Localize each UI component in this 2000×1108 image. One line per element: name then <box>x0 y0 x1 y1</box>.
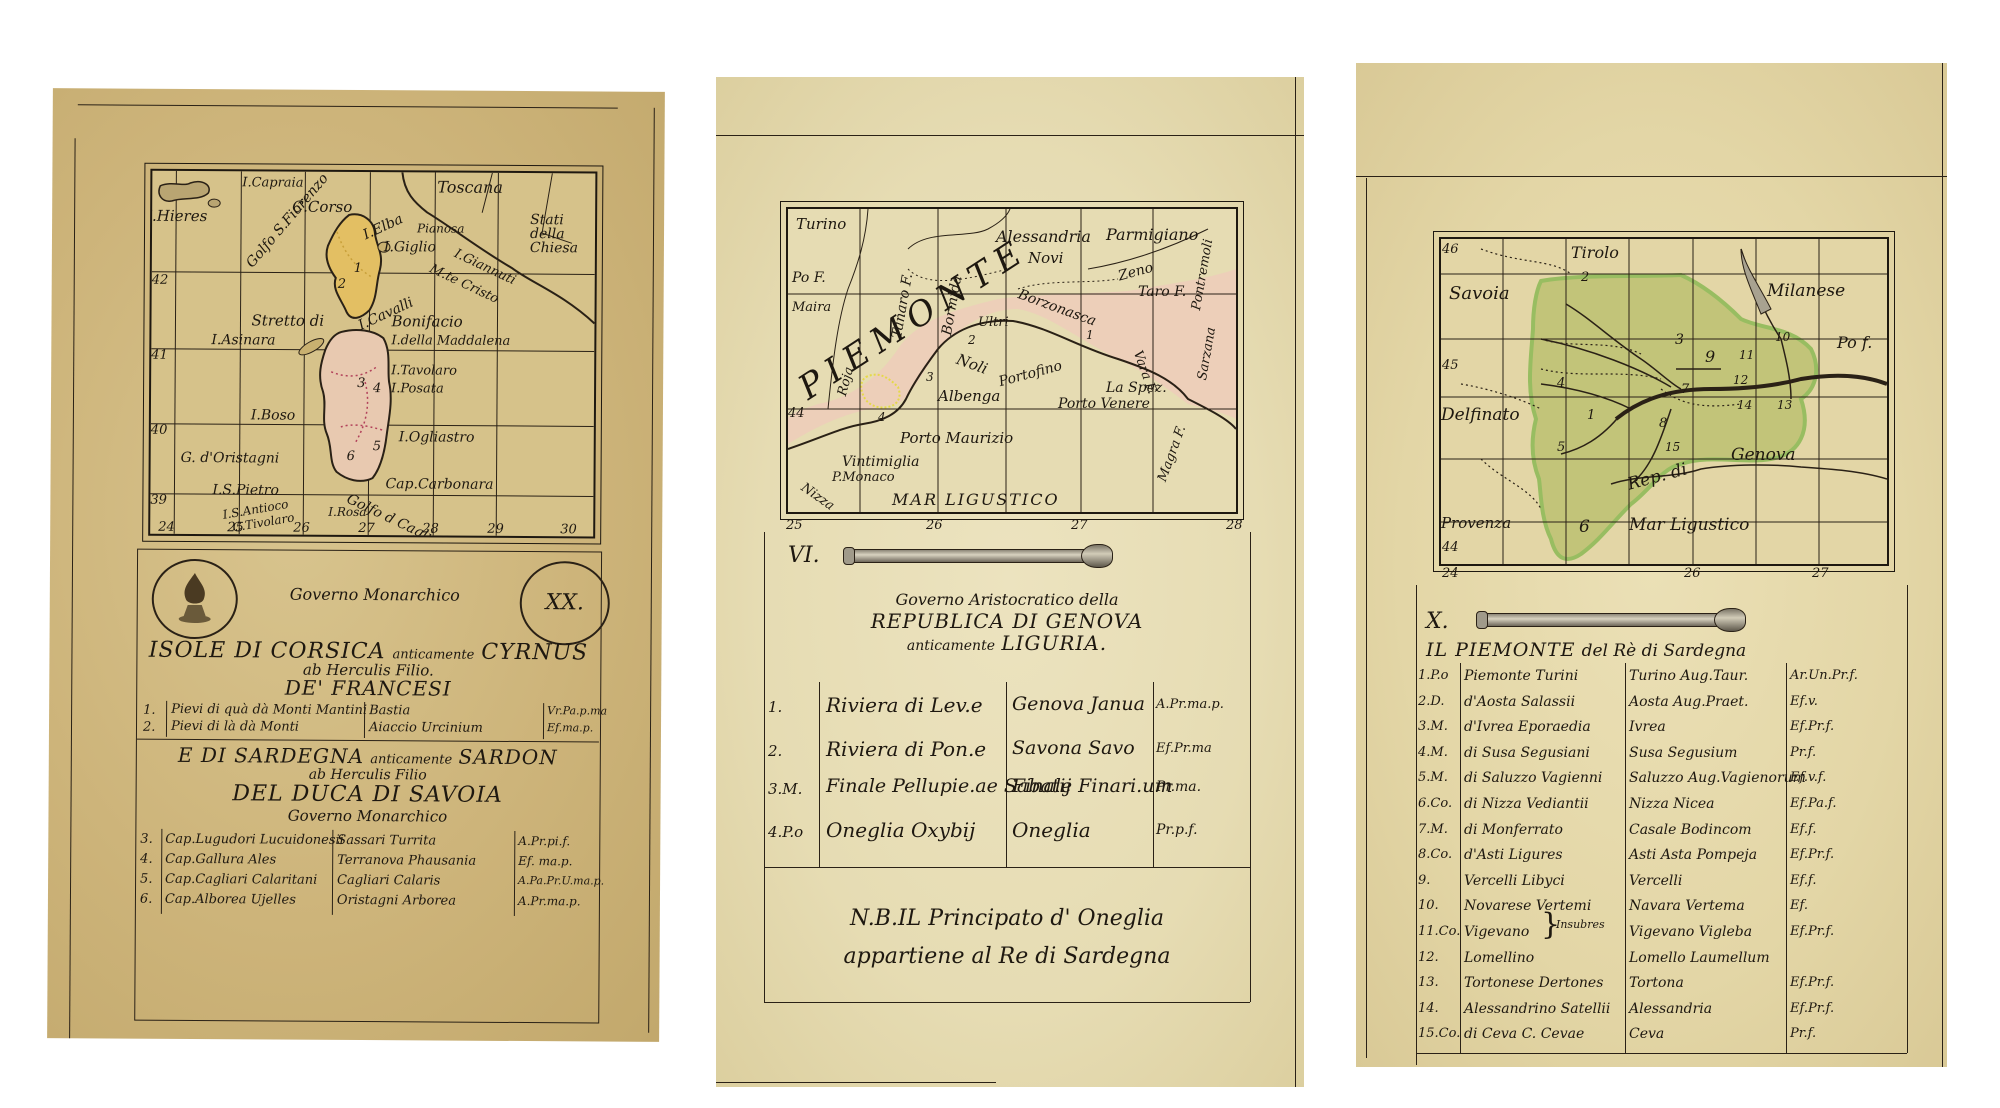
government-label: Governo Monarchico <box>136 808 598 827</box>
region-number: 13 <box>1777 399 1792 411</box>
cell-num: 8.Co. <box>1418 848 1452 861</box>
region-number: 4 <box>1557 377 1565 390</box>
map-label: Milanese <box>1767 283 1845 300</box>
cell-num: 13. <box>1418 976 1439 989</box>
cell-capital: Asti Asta Pompeja <box>1629 848 1757 862</box>
map-label: Cap.Carbonara <box>385 477 493 492</box>
outer-margin-line <box>1366 178 1367 1058</box>
table-row: 5. Cap.Cagliari Calaritani Cagliari Cala… <box>53 88 665 92</box>
cell-note: Ef.v.f. <box>1790 771 1826 784</box>
cell-note: Pr.f. <box>1790 1027 1816 1040</box>
map-label: Porto Maurizio <box>900 431 1013 446</box>
map-label: Mar Ligustico <box>1629 517 1749 534</box>
map-piemonte: Tirolo Savoia Milanese Po f. Delfinato G… <box>1439 237 1889 566</box>
map-label: Parmigiano <box>1106 227 1198 243</box>
map-label: Po f. <box>1837 335 1872 351</box>
cell-region: di Nizza Vediantii <box>1464 797 1589 811</box>
region-number: 6 <box>1579 519 1590 536</box>
cell-note: Ef.Pr.f. <box>1790 720 1834 733</box>
cell-note: Ef.Pr.f. <box>1790 925 1834 938</box>
table-row: 4. Cap.Gallura Ales Terranova Phausania … <box>53 88 665 92</box>
title-piemonte: IL PIEMONTE del Rè di Sardegna <box>1426 641 1746 660</box>
region-number: 10 <box>1775 331 1790 343</box>
map-label: I.Tavolaro <box>391 364 457 377</box>
map-label: Stati della Chiesa <box>530 213 580 255</box>
panel-border <box>1907 585 1908 1053</box>
brace-label: Insubres <box>1556 919 1605 930</box>
map-label: Porto Venere <box>1058 397 1150 411</box>
latitude-tick: 42 <box>152 274 169 287</box>
cell-capital: Alessandria <box>1629 1002 1712 1016</box>
outer-margin-line <box>1942 63 1943 1067</box>
latitude-tick: 39 <box>150 494 167 507</box>
cell-capital: Vigevano Vigleba <box>1629 925 1752 939</box>
cell-capital: Navara Vertema <box>1629 899 1745 913</box>
cell-note: Ar.Un.Pr.f. <box>1790 669 1858 682</box>
cell-note: Ef. <box>1790 899 1808 912</box>
cell-region: di Monferrato <box>1464 823 1563 837</box>
region-number: 1 <box>354 262 362 275</box>
cell-num: 10. <box>1418 899 1439 912</box>
map-label: Tirolo <box>1571 245 1619 261</box>
map-label: Savoia <box>1449 285 1510 303</box>
map-card-genova: Turino Po F. Maira Alessandria Parmigian… <box>716 77 1304 1087</box>
map-label: Bonifacio <box>391 314 462 329</box>
map-label: I.Capraia <box>242 176 303 189</box>
region-number: 4 <box>878 411 886 423</box>
cell-num: 14. <box>1418 1002 1439 1015</box>
cell-region: di Susa Segusiani <box>1464 746 1590 760</box>
map-label: Ultri <box>978 316 1009 329</box>
table-row: 6. Cap.Alborea Ujelles Oristagni Arborea… <box>53 88 665 92</box>
map-label: I.S.Pietro <box>212 483 279 497</box>
outer-margin-line <box>716 1082 996 1083</box>
outer-margin-line <box>78 104 618 108</box>
longitude-tick: 29 <box>487 523 504 536</box>
latitude-tick: 44 <box>1442 541 1459 554</box>
map-label: Provenza <box>1441 516 1511 531</box>
region-number: 2 <box>338 278 346 291</box>
government-label: Governo Monarchico <box>240 586 510 604</box>
cell-capital: Susa Segusium <box>1629 746 1737 760</box>
outer-margin-line <box>648 108 655 1033</box>
region-number: 14 <box>1737 399 1752 411</box>
cell-note: Ef.Pr.f. <box>1790 1002 1834 1015</box>
cell-region: di Ceva C. Cevae <box>1464 1027 1584 1041</box>
cell-num: 1.P.o <box>1418 669 1448 682</box>
map-label: Taro F. <box>1138 285 1186 299</box>
latitude-tick: 41 <box>151 349 168 362</box>
region-number: 7 <box>1681 383 1689 396</box>
cell-region: Vercelli Libyci <box>1464 874 1565 888</box>
latitude-tick: 45 <box>1442 359 1459 372</box>
map-label: MAR LIGUSTICO <box>892 492 1060 508</box>
map-label: Turino <box>796 217 846 232</box>
cell-num: 3.M. <box>1418 720 1448 733</box>
latitude-tick: 46 <box>1442 243 1459 256</box>
cell-num: 2.D. <box>1418 695 1445 708</box>
longitude-tick: 30 <box>560 523 577 536</box>
map-label: Toscana <box>437 179 503 195</box>
map-label: Vintimiglia <box>842 455 919 469</box>
map-label: I.Ogliastro <box>399 430 475 444</box>
longitude-tick: 28 <box>1226 519 1243 532</box>
owner-label: DEL DUCA DI SAVOIA <box>137 782 599 808</box>
map-label: La Spez. <box>1106 381 1167 395</box>
cell-region: Lomellino <box>1464 951 1534 965</box>
region-number: 5 <box>373 440 381 453</box>
flame-emblem-icon <box>152 559 238 640</box>
map-corsica-sardinia: I.Capraia Toscana C.Corso I.Hieres Golfo… <box>148 169 597 539</box>
map-card-corsica-sardinia: I.Capraia Toscana C.Corso I.Hieres Golfo… <box>47 88 665 1042</box>
cell-region: Vigevano <box>1464 925 1529 939</box>
cell-num: 15.Co. <box>1418 1027 1460 1040</box>
cell-note: Ef.v. <box>1790 695 1818 708</box>
cell-capital: Aosta Aug.Praet. <box>1629 695 1749 709</box>
map-label: I.della Maddalena <box>391 334 510 348</box>
cell-capital: Lomello Laumellum <box>1629 951 1770 965</box>
table-divider <box>819 682 820 867</box>
region-number: 6 <box>347 450 355 463</box>
map-label: Albenga <box>938 389 1000 404</box>
map-label: G. d'Oristagni <box>181 451 280 466</box>
cell-region: di Saluzzo Vagienni <box>1464 771 1602 785</box>
cell-region: d'Asti Ligures <box>1464 848 1563 862</box>
region-number: 15 <box>1665 441 1680 453</box>
region-number: 12 <box>1733 374 1748 386</box>
region-number: 11 <box>1739 349 1754 361</box>
outer-margin-line <box>716 135 1304 136</box>
map-label: I.Boso <box>251 408 295 422</box>
longitude-tick: 27 <box>1812 567 1829 580</box>
map-card-piemonte: Tirolo Savoia Milanese Po f. Delfinato G… <box>1356 63 1947 1067</box>
brace-icon: } <box>1541 910 1560 940</box>
outer-margin-line <box>1295 77 1296 1087</box>
map-label: I.Posata <box>391 382 444 395</box>
cell-num: 7.M. <box>1418 823 1448 836</box>
latitude-tick: 44 <box>788 407 805 420</box>
cell-note: Ef.f. <box>1790 874 1816 887</box>
cell-region: Alessandrino Satellii <box>1464 1002 1610 1016</box>
table-row: 3. Cap.Lugudori Lucuidonesii Sassari Tur… <box>53 88 665 92</box>
cell-capital: Saluzzo Aug.Vagienorum <box>1629 771 1806 785</box>
cell-note: Pr.f. <box>1790 746 1816 759</box>
baton-ornament-icon <box>848 549 1100 563</box>
region-number: 2 <box>1581 271 1589 284</box>
longitude-tick: 24 <box>1442 567 1459 580</box>
map-label: I.Hieres <box>148 209 207 224</box>
map-label: Delfinato <box>1441 407 1520 424</box>
panel-border <box>1416 1053 1907 1054</box>
cell-region: Piemonte Turini <box>1464 669 1578 683</box>
table-divider <box>1786 663 1787 1053</box>
table-divider <box>166 701 167 737</box>
table-divider <box>543 703 544 739</box>
table-row: 2. Pievi di là dà Monti Aiaccio Urcinium… <box>53 88 665 92</box>
title-liguria: anticamente LIGURIA. <box>764 633 1250 654</box>
title-genova: REPUBLICA DI GENOVA <box>764 611 1250 632</box>
cell-capital: Casale Bodincom <box>1629 823 1752 837</box>
region-number: 9 <box>1705 349 1715 365</box>
region-number: 3 <box>926 371 934 383</box>
cell-num: 12. <box>1418 951 1439 964</box>
title-sardinia: E DI SARDEGNA anticamente SARDON <box>137 745 599 769</box>
longitude-tick: 25 <box>227 521 244 534</box>
map-label: Genova <box>1731 447 1796 464</box>
longitude-tick: 28 <box>422 522 439 535</box>
latitude-tick: 40 <box>151 424 168 437</box>
cell-capital: Turino Aug.Taur. <box>1629 669 1748 683</box>
map-label: Po F. <box>792 271 826 285</box>
section-divider <box>764 867 1250 868</box>
map-label: Stretto di <box>251 313 324 328</box>
panel-border <box>764 1002 1250 1003</box>
map-liguria: Turino Po F. Maira Alessandria Parmigian… <box>786 207 1238 514</box>
cell-region: d'Aosta Salassii <box>1464 695 1575 709</box>
table-divider <box>1460 663 1461 1053</box>
cell-note: Ef.f. <box>1790 823 1816 836</box>
cell-note: Ef.Pa.f. <box>1790 797 1837 810</box>
outer-margin-line <box>69 138 75 1038</box>
cell-num: 5.M. <box>1418 771 1448 784</box>
map-label: Maira <box>792 301 831 314</box>
government-label: Governo Aristocratico della <box>764 592 1250 609</box>
panel-border <box>1250 532 1251 1002</box>
cell-num: 4.M. <box>1418 746 1448 759</box>
cell-capital: Nizza Nicea <box>1629 797 1714 811</box>
baton-ornament-icon <box>1481 613 1733 627</box>
region-number: 5 <box>1557 441 1565 454</box>
cell-capital: Vercelli <box>1629 874 1682 888</box>
longitude-tick: 26 <box>293 522 310 535</box>
outer-margin-line <box>1356 176 1947 177</box>
longitude-tick: 25 <box>786 519 803 532</box>
region-number: 1 <box>1587 409 1595 422</box>
panel-border <box>1416 585 1417 1065</box>
longitude-tick: 24 <box>158 521 175 534</box>
region-number: 1 <box>1086 329 1094 341</box>
note-text: N.B.IL Principato d' Oneglia <box>764 907 1250 930</box>
table-divider <box>1625 663 1626 1053</box>
region-number: 2 <box>968 334 976 346</box>
cell-region: Tortonese Dertones <box>1464 976 1603 990</box>
cell-region: Novarese Vertemi <box>1464 899 1591 913</box>
plate-number: X. <box>1426 611 1449 633</box>
table-row: 1. Pievi di quà dà Monti Mantini Bastia … <box>53 88 665 92</box>
cell-note: Ef.Pr.f. <box>1790 848 1834 861</box>
cell-num: 9. <box>1418 874 1430 887</box>
cell-num: 6.Co. <box>1418 797 1452 810</box>
owner-label: DE' FRANCESI <box>137 677 599 701</box>
note-text: appartiene al Re di Sardegna <box>764 945 1250 968</box>
plate-number: XX. <box>520 591 610 615</box>
longitude-tick: 26 <box>926 519 943 532</box>
map-label: P.Monaco <box>832 471 895 484</box>
longitude-tick: 26 <box>1684 567 1701 580</box>
region-number: 8 <box>1659 417 1667 430</box>
map-label: I.Asinara <box>211 333 275 347</box>
cell-region: d'Ivrea Eporaedia <box>1464 720 1591 734</box>
region-number: 4 <box>373 382 381 395</box>
map-label: I.Giglio <box>384 240 436 254</box>
cell-note: Ef.Pr.f. <box>1790 976 1834 989</box>
region-number: 3 <box>357 377 365 390</box>
longitude-tick: 27 <box>1071 519 1088 532</box>
cell-capital: Ivrea <box>1629 720 1666 734</box>
map-label: Pianosa <box>417 222 464 234</box>
region-number: 3 <box>1675 333 1684 347</box>
cell-capital: Tortona <box>1629 976 1684 990</box>
longitude-tick: 27 <box>358 522 375 535</box>
plate-number: VI. <box>788 545 820 567</box>
cell-capital: Ceva <box>1629 1027 1664 1041</box>
cell-num: 11.Co. <box>1418 925 1460 938</box>
